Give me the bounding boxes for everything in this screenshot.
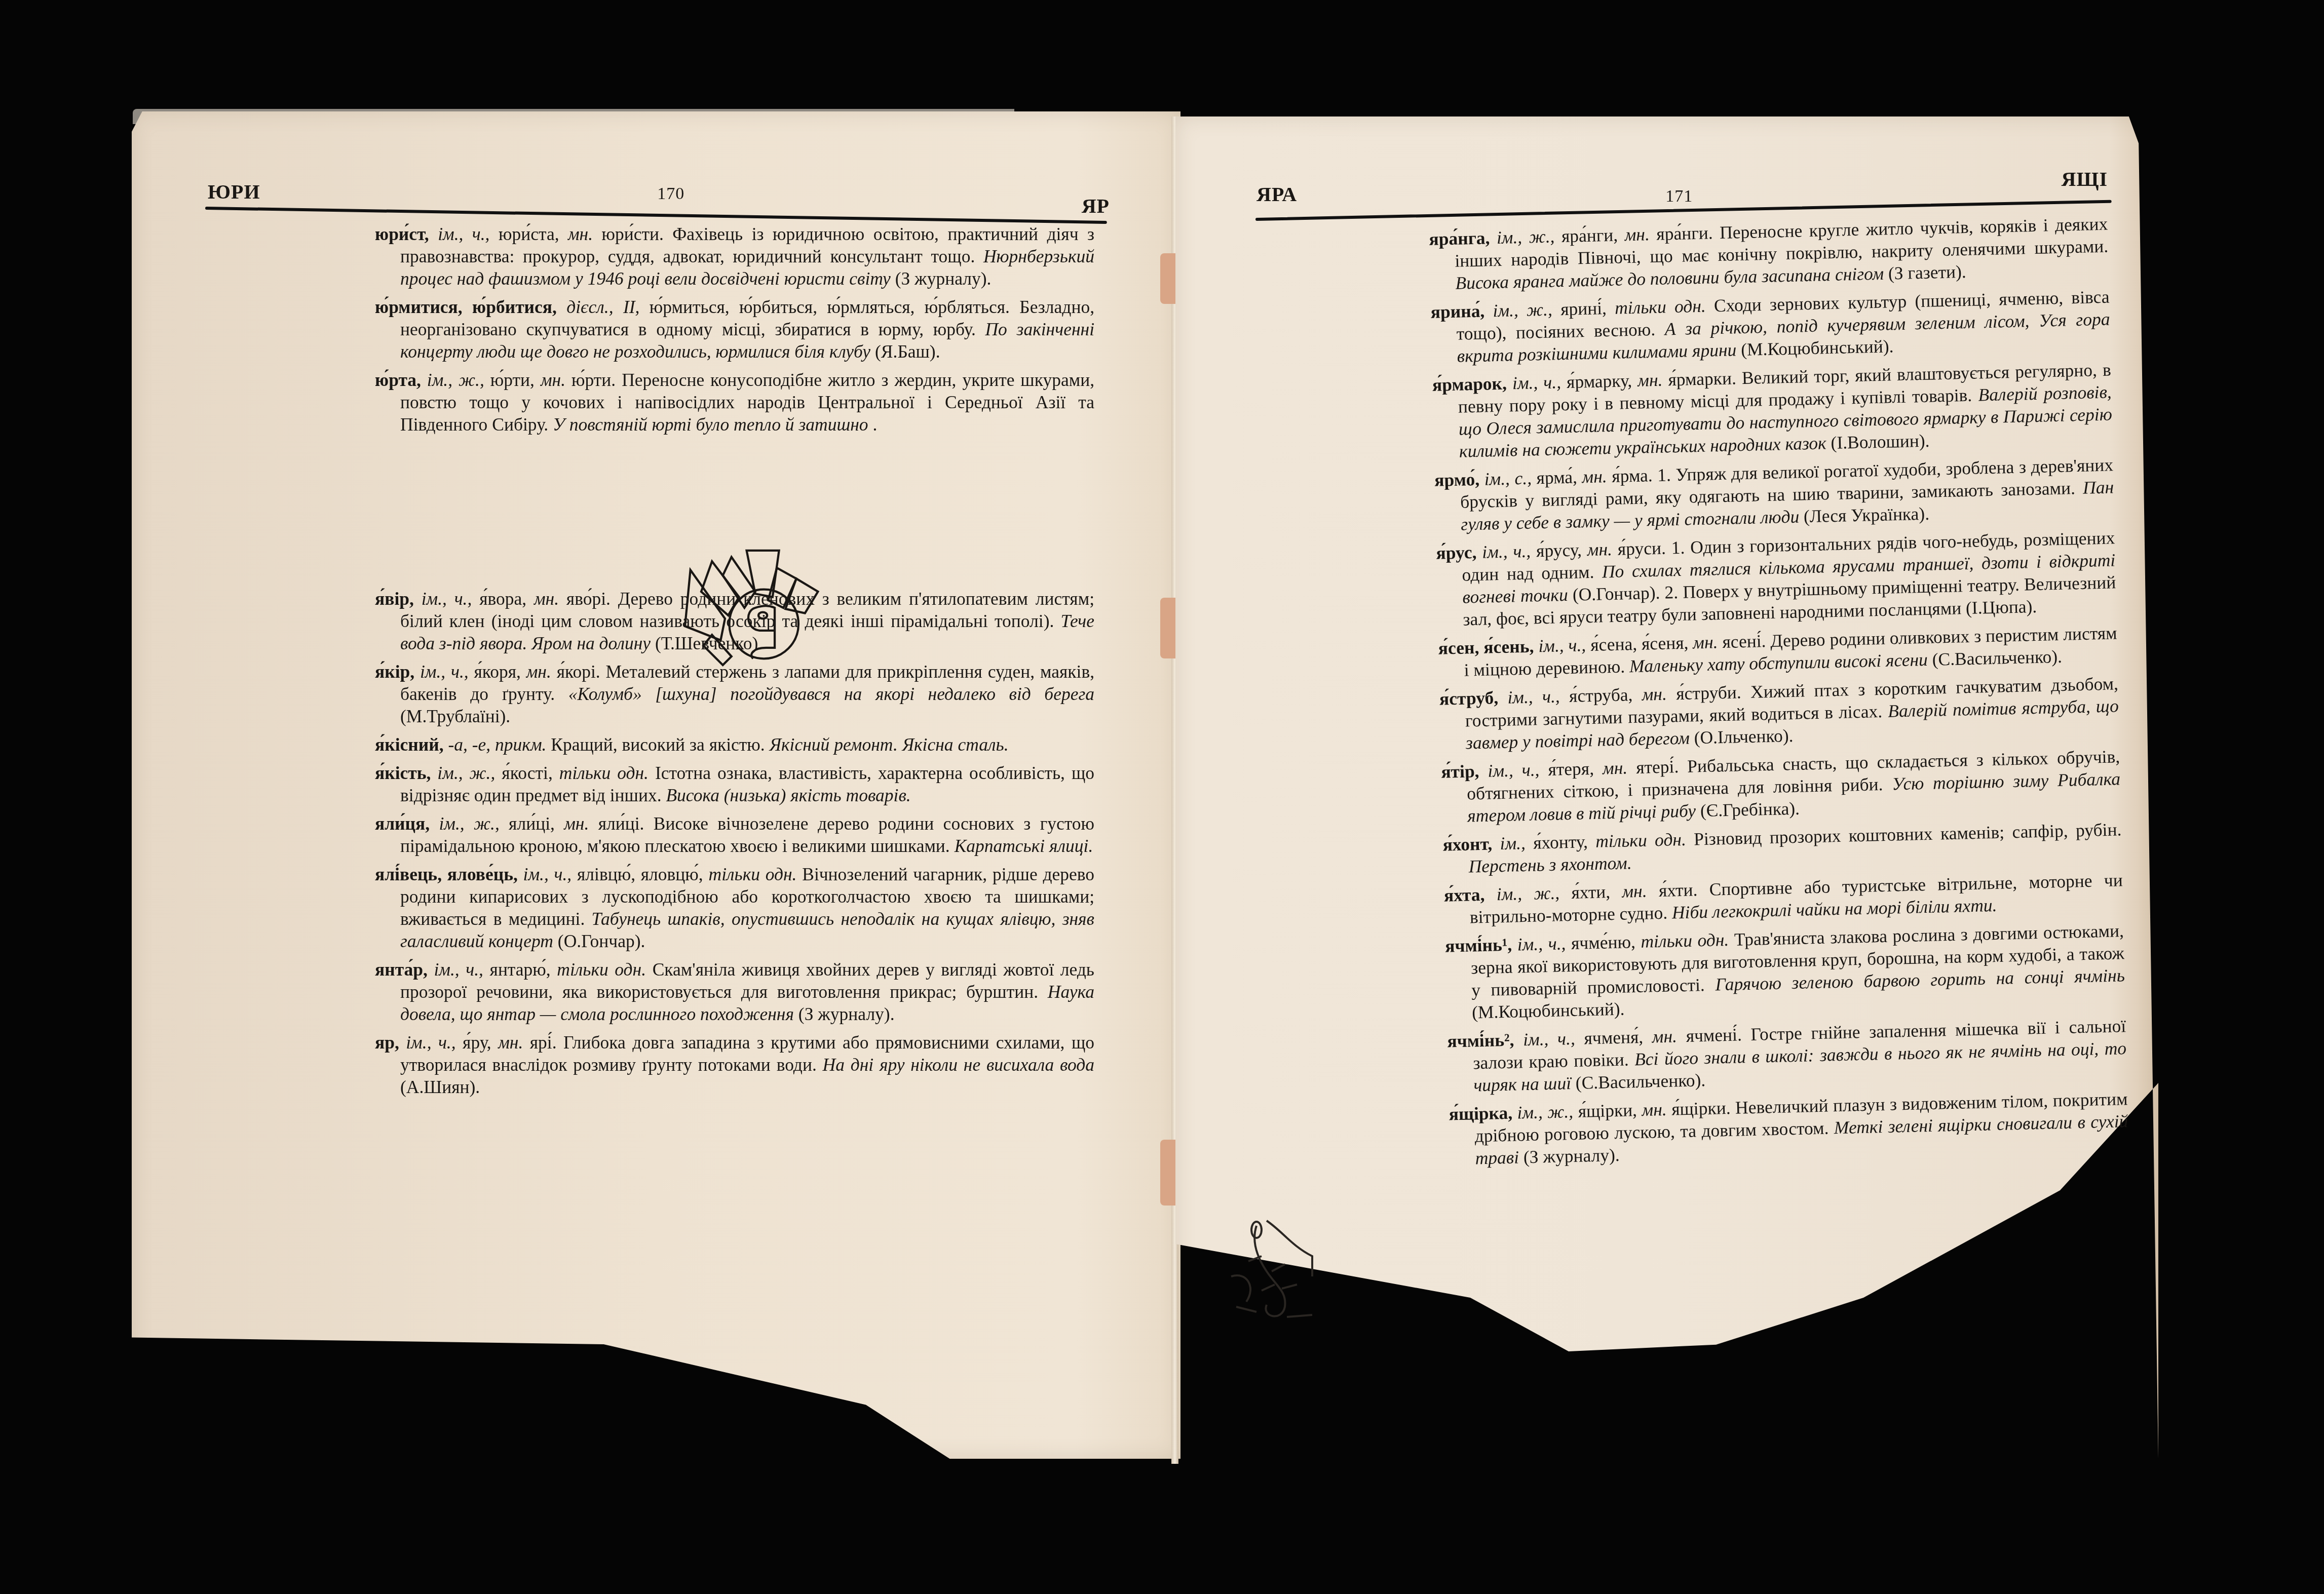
entry-plural: яра́нги. — [1656, 222, 1713, 244]
entry-headword: я́кір, — [375, 662, 414, 682]
entry-grammar: ім., ч., — [420, 662, 469, 682]
entry-grammar: ім., ч., — [1488, 759, 1540, 781]
dictionary-entry: я́тір, ім., ч., я́теря, мн. ятері́. Риба… — [1441, 745, 2121, 827]
entry-plural: ярі́. — [530, 1032, 557, 1053]
entry-source: (С.Васильченко). — [1932, 646, 2062, 670]
right-header-guideword-first: ЯРА — [1256, 182, 1297, 206]
entry-plural: я́рма. — [1612, 465, 1653, 486]
entry-plural: ятері́. — [1636, 756, 1679, 777]
right-header-guideword-last: ЯЩІ — [2062, 167, 2108, 191]
entry-grammar: ім., ч., — [1517, 933, 1566, 954]
entry-grammar: ім., ч., — [1538, 635, 1586, 656]
entry-headword: я́хта, — [1443, 884, 1484, 906]
entry-headword: ярмо́, — [1434, 469, 1480, 490]
entry-source: (З журналу). — [895, 268, 992, 289]
entry-source: (О.Гончар). — [558, 931, 645, 951]
entry-headword: яр, — [375, 1032, 399, 1053]
entry-plural-label: мн. — [526, 662, 551, 682]
entry-source: (І.Волошин). — [1831, 431, 1930, 453]
entry-forms: ю́рмиться, ю́рбиться, ю́рмляться, ю́рбля… — [650, 297, 1010, 317]
entry-forms: я́кості, — [502, 763, 552, 783]
entry-grammar: ім., ж., — [1493, 299, 1552, 321]
entry-plural-label: мн. — [1642, 1099, 1667, 1120]
entry-forms: юри́ста, — [499, 224, 559, 244]
entry-headword: я́тір, — [1441, 761, 1479, 782]
entry-plural: ясені́. — [1722, 631, 1766, 652]
entry-grammar: ім., ч., — [1482, 541, 1531, 562]
entry-headword: я́хонт, — [1442, 833, 1492, 854]
dictionary-entry: я́струб, ім., ч., я́струба, мн. я́струби… — [1439, 672, 2120, 754]
entry-headword: ячмі́нь¹, — [1445, 935, 1512, 956]
entry-forms: я́коря, — [474, 662, 520, 682]
entry-forms: я́ру, — [463, 1032, 491, 1053]
entry-plural: ячмені́. — [1686, 1024, 1742, 1045]
entry-source: (М.Трублаїні). — [400, 706, 510, 726]
entry-source: (Я.Баш). — [875, 341, 940, 362]
entry-forms: я́сена, я́сеня, — [1590, 633, 1689, 655]
entry-plural-label: мн. — [541, 370, 565, 390]
dictionary-entry: я́хонт, ім., я́хонту, тільки одн. Різнов… — [1442, 818, 2122, 878]
dictionary-entry: я́сен, я́сень, ім., ч., я́сена, я́сеня, … — [1438, 621, 2118, 681]
entry-grammar: дієсл., ІІ, — [566, 297, 639, 317]
dictionary-entry: ярина́, ім., ж., ярині́, тільки одн. Схо… — [1430, 286, 2111, 368]
entry-headword: я́сен, я́сень, — [1438, 636, 1534, 658]
dictionary-entry: ю́рмитися, ю́рбитися, дієсл., ІІ, ю́рмит… — [375, 296, 1094, 363]
dictionary-entry: янта́р, ім., ч., янтарю́, тільки одн. Ск… — [375, 958, 1094, 1025]
entry-source: (М.Коцюбинський). — [1472, 999, 1625, 1023]
entry-plural: я́щірки. — [1671, 1098, 1731, 1119]
entry-plural-label: мн. — [568, 224, 593, 244]
letter-ya-emblem-icon: Я — [669, 547, 831, 669]
dictionary-entry: ячмі́нь¹, ім., ч., ячме́ню, тільки одн. … — [1445, 919, 2126, 1024]
dictionary-entry: я́рус, ім., ч., я́русу, мн. я́руси. 1. О… — [1436, 526, 2117, 631]
entry-example: Якісний ремонт. Якісна сталь. — [770, 734, 1009, 755]
entry-headword: я́рмарок, — [1432, 373, 1507, 395]
entry-source: (О.Ільченко). — [1694, 725, 1794, 748]
lizard-illustration-icon — [1226, 1216, 1317, 1327]
entry-grammar: ім., ж., — [1496, 882, 1559, 904]
entry-example: У повстяній юрті було тепло й затишно — [553, 414, 868, 435]
entry-headword: я́рус, — [1436, 542, 1477, 563]
entry-plural-label: мн. — [1622, 881, 1647, 902]
entry-forms: ю́рти, — [490, 370, 535, 390]
entry-plural: ю́рти. — [572, 370, 616, 390]
entry-plural: я́струби. — [1676, 682, 1741, 704]
entry-headword: янта́р, — [375, 959, 428, 980]
entry-forms: ячме́ню, — [1571, 931, 1636, 953]
entry-source: . — [872, 414, 877, 435]
entry-forms: ярині́, — [1560, 298, 1607, 319]
entry-definition: Кращий, високий за якістю. — [551, 734, 765, 755]
entry-plural-label: мн. — [498, 1032, 523, 1053]
entry-plural-label: тільки одн. — [1641, 929, 1729, 952]
entry-grammar: ім., ж., — [1496, 226, 1554, 248]
entry-forms: я́струба, — [1569, 684, 1633, 706]
entry-headword: я́щірка, — [1449, 1103, 1512, 1124]
entry-forms: я́русу, — [1536, 539, 1582, 561]
right-entries-column: яра́нга, ім., ж., яра́нги, мн. яра́нги. … — [1429, 213, 2129, 1176]
entry-plural-label: мн. — [1652, 1026, 1677, 1046]
left-header-guideword-first: ЮРИ — [208, 180, 260, 204]
entry-plural-label: мн. — [1642, 684, 1667, 705]
entry-grammar: -а, -е, прикм. — [448, 734, 546, 755]
dictionary-entry: я́кість, ім., ж., я́кості, тільки одн. І… — [375, 762, 1094, 806]
entry-source: (Леся Українка). — [1804, 503, 1930, 527]
entry-headword: яли́ця, — [375, 813, 430, 834]
entry-grammar: ім., ж., — [427, 370, 484, 390]
entry-forms: ячменя́, — [1584, 1027, 1643, 1048]
left-page-number: 170 — [657, 184, 684, 204]
entry-plural: я́хти. — [1658, 879, 1697, 901]
dictionary-entry: ялі́вець, ялове́ць, ім., ч., ялівцю́, ял… — [375, 863, 1094, 952]
entry-grammar: ім., — [1500, 833, 1526, 853]
entry-plural-label: мн. — [1603, 757, 1628, 778]
entry-grammar: ім., ч., — [438, 224, 489, 244]
entry-plural: я́корі. — [557, 662, 600, 682]
entry-grammar: ім., ч., — [434, 959, 483, 980]
entry-headword: я́кість, — [375, 763, 431, 783]
entry-grammar: ім., с., — [1484, 468, 1532, 489]
entry-grammar: ім., ч., — [1523, 1028, 1576, 1049]
entry-forms: я́хонту, — [1533, 831, 1588, 852]
entry-source: (З журналу). — [1523, 1145, 1620, 1167]
dictionary-entry: ячмі́нь², ім., ч., ячменя́, мн. ячмені́.… — [1447, 1015, 2127, 1097]
entry-plural-label: тільки одн. — [559, 763, 649, 783]
dictionary-entry: юри́ст, ім., ч., юри́ста, мн. юри́сти. Ф… — [375, 223, 1094, 290]
entry-headword: ялі́вець, ялове́ць, — [375, 864, 518, 884]
entry-plural-label: тільки одн. — [709, 864, 797, 884]
entry-example: Маленьку хату обступили високі ясени — [1629, 649, 1928, 676]
entry-plural-label: тільки одн. — [557, 959, 646, 980]
entry-grammar: ім., ж., — [439, 813, 499, 834]
entry-plural: я́рмарки. — [1668, 368, 1736, 390]
entry-definition: Різновид прозорих коштовних каменів; сап… — [1694, 819, 2122, 849]
entry-plural-label: тільки одн. — [1615, 296, 1706, 318]
entry-grammar: ім., ч., — [1507, 686, 1560, 707]
entry-grammar: ім., ж., — [437, 763, 495, 783]
entry-source: (С.Васильченко). — [1575, 1070, 1705, 1093]
entry-plural: яво́рі. — [566, 589, 611, 609]
entry-source: (А.Шиян). — [400, 1077, 480, 1097]
entry-source: (З газети). — [1888, 261, 1966, 283]
entry-plural-label: мн. — [1624, 224, 1650, 245]
entry-forms: ялівцю́, яловцю́, — [577, 864, 703, 884]
right-page-number: 171 — [1665, 187, 1693, 206]
entry-headword: я́кісний, — [375, 734, 444, 755]
entry-example: Перстень з яхонтом. — [1468, 852, 1632, 876]
entry-plural-label: мн. — [1693, 632, 1718, 652]
dictionary-entry: я́рмарок, ім., ч., я́рмарку, мн. я́рмарк… — [1432, 359, 2113, 463]
dictionary-entry: я́щірка, ім., ж., я́щірки, мн. я́щірки. … — [1449, 1087, 2129, 1170]
dictionary-entry: яли́ця, ім., ж., яли́ці, мн. яли́ці. Вис… — [375, 812, 1094, 857]
entry-plural: я́руси. — [1617, 538, 1666, 559]
entry-grammar: ім., ж., — [1517, 1101, 1573, 1122]
entry-plural-label: мн. — [564, 813, 589, 834]
entry-plural-label: мн. — [1587, 539, 1612, 560]
dictionary-entry: ю́рта, ім., ж., ю́рти, мн. ю́рти. Перено… — [375, 369, 1094, 436]
entry-plural-label: тільки одн. — [1595, 829, 1687, 851]
entry-headword: ярина́, — [1430, 301, 1484, 322]
dictionary-entry: яр, ім., ч., я́ру, мн. ярі́. Глибока дов… — [375, 1031, 1094, 1098]
entry-headword: яра́нга, — [1429, 227, 1490, 249]
entry-source: (З журналу). — [798, 1004, 895, 1024]
entry-plural-label: мн. — [1637, 370, 1663, 391]
entry-forms: янтарю́, — [490, 959, 551, 980]
entry-grammar: ім., ч., — [523, 864, 572, 884]
left-page-header: ЮРИ 170 ЯР — [208, 180, 1110, 204]
entry-example: Карпатські ялиці. — [955, 836, 1093, 856]
entry-grammar: ім., ч., — [1512, 372, 1561, 393]
entry-plural: юри́сти. — [601, 224, 663, 244]
entry-headword: ячмі́нь², — [1447, 1030, 1514, 1052]
entry-forms: я́рмарку, — [1567, 370, 1632, 392]
entry-example: На дні яру ніколи не висихала вода — [823, 1055, 1094, 1075]
entry-plural: яли́ці. — [598, 813, 644, 834]
entry-headword: я́струб, — [1439, 687, 1499, 709]
dictionary-entry: я́кір, ім., ч., я́коря, мн. я́корі. Мета… — [375, 660, 1094, 727]
dictionary-entry: я́кісний, -а, -е, прикм. Кращий, високий… — [375, 733, 1094, 756]
entry-forms: я́теря, — [1548, 758, 1594, 780]
dictionary-entry: ярмо́, ім., с., ярма́, мн. я́рма. 1. Упр… — [1434, 453, 2115, 535]
entry-headword: ю́рта, — [375, 370, 421, 390]
left-header-guideword-last: ЯР — [1082, 194, 1110, 218]
entry-forms: яра́нги, — [1561, 225, 1618, 247]
entry-source: (Є.Гребінка). — [1700, 798, 1800, 821]
entry-headword: ю́рмитися, ю́рбитися, — [375, 297, 557, 317]
entry-forms: я́хти, — [1571, 881, 1610, 903]
entry-forms: я́щірки, — [1578, 1100, 1637, 1121]
entry-example: «Колумб» [шхуна] погойдувався на якорі н… — [568, 684, 1094, 704]
dictionary-entry: я́хта, ім., ж., я́хти, мн. я́хти. Спорти… — [1443, 869, 2123, 928]
entry-headword: я́вір, — [375, 589, 414, 609]
entry-headword: юри́ст, — [375, 224, 429, 244]
entry-forms: яли́ці, — [509, 813, 555, 834]
entry-plural-label: мн. — [534, 589, 559, 609]
entry-forms: я́вора, — [479, 589, 526, 609]
entry-grammar: ім., ч., — [406, 1032, 455, 1053]
entry-example: Висока (низька) якість товарів. — [666, 785, 910, 805]
entry-plural-label: мн. — [1582, 466, 1607, 487]
entry-grammar: ім., ч., — [422, 589, 472, 609]
entry-source: (М.Коцюбинський). — [1741, 336, 1894, 360]
entry-forms: ярма́, — [1536, 466, 1577, 488]
